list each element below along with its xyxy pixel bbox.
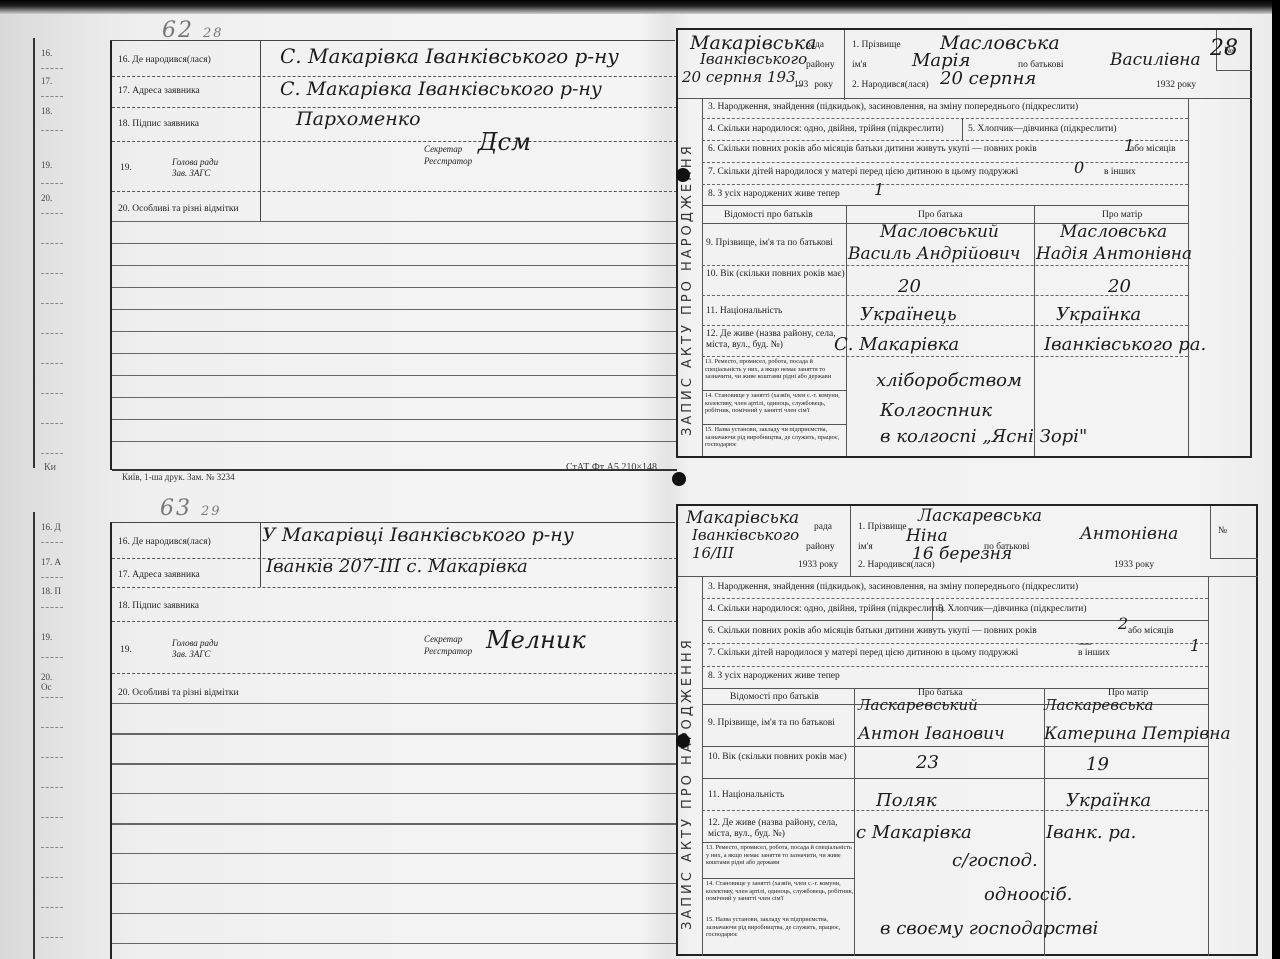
hw-applicant-address: Іванків 207-ІІІ с. Макарівка (266, 556, 528, 577)
label-birthplace: 16. Де народився(лася) (118, 537, 211, 547)
label-zags-head: Зав. ЗАГС (172, 649, 210, 659)
hw-father-workplace: в своєму господарстві (880, 918, 1098, 939)
label-registrar: Реєстратор (424, 156, 472, 166)
hw-father-age: 23 (916, 752, 939, 773)
sheet-number-63: 63 29 (160, 496, 222, 521)
underlying-page-stub-top: 16. 17. 18. 19. 20. (33, 38, 63, 468)
hw-alive-now: 1 (874, 180, 884, 199)
binding-hole (676, 168, 690, 182)
field-4: 4. Скільки народилося: одно, двійня, трі… (708, 124, 944, 134)
field-5: 5. Хлопчик—дівчинка (підкреслити) (968, 124, 1117, 134)
hw-children-other: 1 (1190, 636, 1200, 655)
record-63-left-form: 16. Де народився(лася) 17. Адреса заявни… (110, 522, 675, 959)
print-imprint: Київ, 1-ша друк. Зам. № 3234 (122, 472, 235, 482)
hw-father-name: Антон Іванович (858, 724, 1005, 744)
hw-children-before: 0 (1074, 158, 1084, 177)
hw-mother-surname: Ласкаревська (1044, 696, 1153, 714)
label-council-head: Голова ради (172, 638, 218, 648)
label-council-head: Голова ради (172, 157, 218, 167)
hw-years-together: 1 (1124, 136, 1134, 155)
hw-father-workplace: в колгоспі „Ясні Зорі" (880, 426, 1087, 447)
hw-father-age: 20 (898, 276, 921, 297)
label-applicant-signature: 18. Підпис заявника (118, 601, 199, 611)
hw-mother-name: Надія Антонівна (1036, 244, 1192, 264)
reg-year-label: 1933 року (798, 560, 838, 570)
hw-raion: Іванківського (700, 50, 807, 68)
field-6: 6. Скільки повних років або місяців бать… (708, 144, 1037, 154)
hw-record-number: 28 (1210, 36, 1238, 61)
label-secretary: Секретар (424, 634, 462, 644)
label-applicant-address: 17. Адреса заявника (118, 570, 200, 580)
hw-father-name: Василь Андрійович (848, 244, 1020, 264)
hw-father-surname: Масловський (880, 222, 999, 242)
hw-registrar-signature: Мелник (486, 626, 586, 654)
hw-mother-surname: Масловська (1060, 222, 1167, 242)
hw-mother-residence: Іванківського ра. (1044, 334, 1206, 355)
label-registrar: Реєстратор (424, 646, 472, 656)
hw-father-surname: Ласкаревський (858, 696, 978, 714)
hw-mother-name: Катерина Петрівна (1044, 724, 1231, 744)
hw-father-nationality: Поляк (876, 790, 937, 811)
field-7: 7. Скільки дітей народилося у матері пер… (708, 648, 1018, 658)
record-62-left-form: 16. Де народився(лася) 17. Адреса заявни… (110, 40, 675, 470)
field-5: 5. Хлопчик—дівчинка (підкреслити) (938, 604, 1087, 614)
underlying-page-stub-bottom: 16. Д 17. А 18. П 19. 20. Ос (33, 512, 63, 959)
stub-footer: Ки (44, 462, 56, 473)
field-8: 8. З усіх народжених живе тепер (708, 189, 840, 199)
hw-born-date: 16 березня (912, 544, 1012, 564)
label-secretary: Секретар (424, 144, 462, 154)
hw-applicant-address: С. Макарівка Іванківського р-ну (280, 78, 602, 100)
field-3: 3. Народження, знайдення (підкидьок), за… (708, 582, 1078, 592)
scan-right-edge (1272, 0, 1280, 959)
hw-name: Ніна (906, 526, 948, 546)
hw-born-date: 20 серпня (940, 68, 1036, 89)
hw-mother-nationality: Українка (1066, 790, 1151, 811)
hw-registrar-signature: Дсм (478, 128, 531, 156)
label-applicant-address: 17. Адреса заявника (118, 86, 200, 96)
hw-father-status: Колгоспник (880, 400, 992, 421)
hw-years-together: 2 (1118, 614, 1128, 633)
scan-top-edge (0, 0, 1280, 14)
hw-children-before: — (1078, 636, 1092, 652)
hw-mother-residence: Іванк. ра. (1046, 822, 1136, 843)
label-zags-head: Зав. ЗАГС (172, 168, 210, 178)
vertical-form-title-bottom: ЗАПИС АКТУ ПРО НАРОДЖЕННЯ (680, 610, 695, 930)
binding-hole (676, 734, 690, 748)
hw-rada: Макарівська (686, 508, 799, 528)
hw-father-nationality: Українець (860, 304, 957, 325)
label-birthplace: 16. Де народився(лася) (118, 55, 211, 65)
field-3: 3. Народження, знайдення (підкидьок), за… (708, 102, 1078, 112)
hw-father-occupation: хліборобством (876, 370, 1022, 391)
label-applicant-signature: 18. Підпис заявника (118, 119, 199, 129)
hw-mother-age: 19 (1086, 754, 1109, 775)
hw-raion: Іванківського (692, 526, 799, 544)
record-62-right-form: рада району 193року 1. Прізвище ім'я по … (676, 28, 1252, 458)
field-4: 4. Скільки народилося: одно, двійня, трі… (708, 604, 944, 614)
label-special-marks: 20. Особливі та різні відмітки (118, 688, 239, 698)
hw-mother-age: 20 (1108, 276, 1131, 297)
hw-applicant-signature: Пархоменко (296, 108, 421, 130)
hw-mother-nationality: Українка (1056, 304, 1141, 325)
hw-father-residence: С. Макарівка (834, 334, 959, 355)
hw-reg-date: 20 серпня 193_ (682, 68, 803, 86)
hw-patronymic: Антонівна (1080, 524, 1178, 544)
field-6: 6. Скільки повних років або місяців бать… (708, 626, 1037, 636)
binding-hole (672, 472, 686, 486)
hw-reg-date: 16/ІІІ (692, 544, 734, 562)
print-code: СтАТ Фт А5 210×148 (566, 462, 657, 473)
hw-father-status: одноосіб. (984, 884, 1072, 905)
hw-father-occupation: с/господ. (952, 850, 1038, 871)
hw-father-residence: с Макарівка (856, 822, 972, 843)
hw-surname: Ласкаревська (918, 506, 1042, 526)
field-8: 8. З усіх народжених живе тепер (708, 671, 840, 681)
field-7: 7. Скільки дітей народилося у матері пер… (708, 167, 1018, 177)
label-special-marks: 20. Особливі та різні відмітки (118, 204, 239, 214)
hw-patronymic: Василівна (1110, 50, 1201, 70)
hw-birthplace: С. Макарівка Іванківського р-ну (280, 44, 619, 68)
hw-birthplace: У Макарівці Іванківського р-ну (262, 524, 574, 546)
